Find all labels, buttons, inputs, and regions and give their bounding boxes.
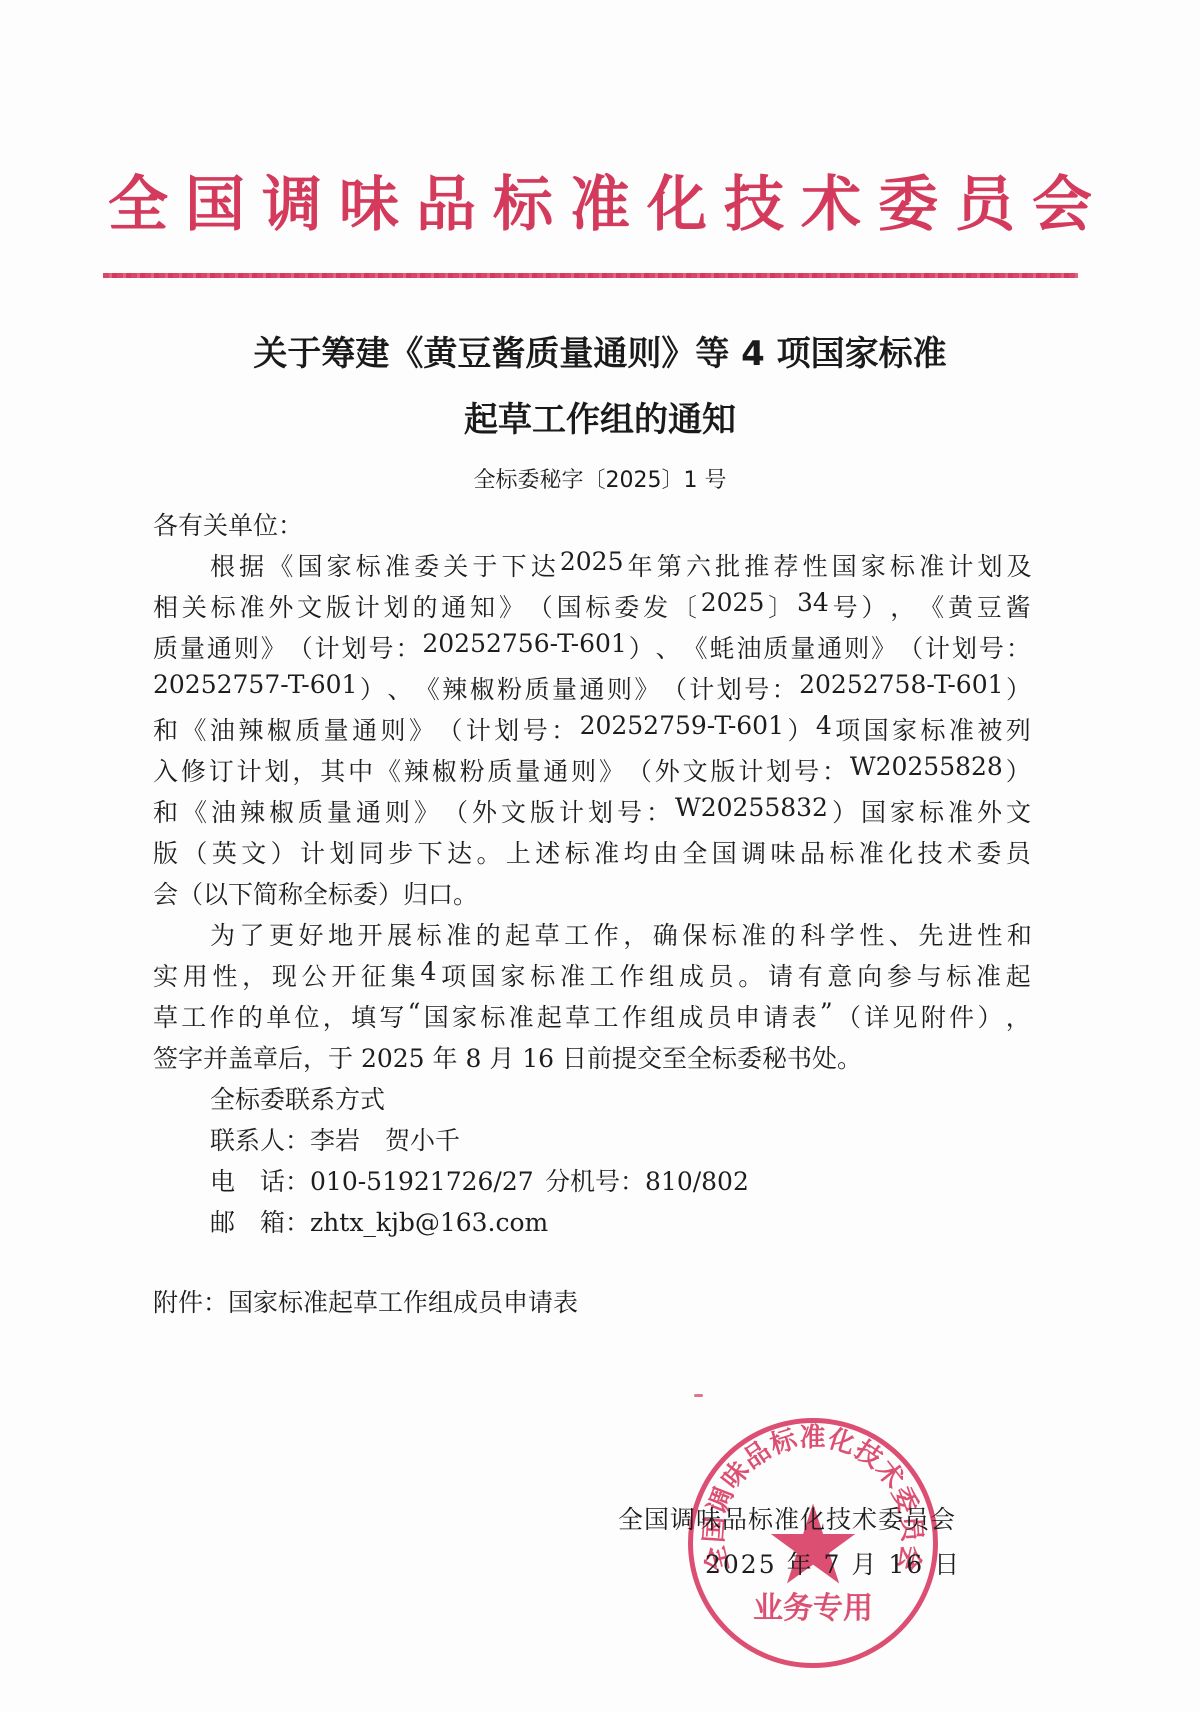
letterhead-char: 品 — [408, 157, 484, 243]
letterhead-char: 员 — [947, 157, 1023, 243]
paragraph-2-line: 为了更好地开展标准的起草工作，确保标准的科学性、先进性和 — [210, 916, 1032, 952]
attachment-note: 附件：国家标准起草工作组成员申请表 — [153, 1283, 578, 1319]
paragraph-1-line: 和《油辣椒质量通则》（计划号：20252759-T-601）4项国家标准被列 — [153, 711, 1031, 747]
letterhead-char: 会 — [1024, 157, 1100, 243]
paragraph-1-line: 和《油辣椒质量通则》（外文版计划号：W20255832）国家标准外文 — [153, 793, 1031, 829]
contact-extension: 分机号：810/802 — [545, 1162, 749, 1198]
contact-ext-value: 810/802 — [645, 1167, 749, 1196]
letterhead-char: 委 — [870, 157, 946, 243]
contact-email-label: 邮 箱： — [210, 1208, 310, 1237]
letterhead-char: 味 — [331, 157, 407, 243]
letterhead-char: 技 — [716, 157, 792, 243]
letterhead-char: 术 — [793, 157, 869, 243]
contact-phone: 电 话：010-51921726/27 — [210, 1162, 534, 1198]
letterhead-char: 化 — [639, 157, 715, 243]
document-number: 全标委秘字〔2025〕1 号 — [0, 463, 1200, 494]
paragraph-1-line: 20252757-T-601）、《辣椒粉质量通则》（计划号：20252758-T… — [153, 670, 1031, 706]
paragraph-1-line: 入修订计划，其中《辣椒粉质量通则》（外文版计划号：W20255828） — [153, 752, 1031, 788]
contact-persons: 联系人：李岩 贺小千 — [210, 1121, 460, 1157]
paragraph-1-line: 根据《国家标准委关于下达2025年第六批推荐性国家标准计划及 — [210, 547, 1032, 583]
seal-bottom-text: 业务专用 — [693, 1583, 933, 1627]
letterhead-divider — [103, 273, 1078, 278]
document-page: 全 国 调 味 品 标 准 化 技 术 委 员 会 关于筹建《黄豆酱质量通则》等… — [0, 0, 1200, 1712]
contact-ext-label: 分机号： — [545, 1167, 645, 1196]
paragraph-1-line: 版（英文）计划同步下达。上述标准均由全国调味品标准化技术委员 — [153, 834, 1031, 870]
paragraph-1-line: 会（以下简称全标委）归口。 — [153, 875, 478, 911]
contact-email-value[interactable]: zhtx_kjb@163.com — [310, 1208, 548, 1237]
document-title-line-2: 起草工作组的通知 — [0, 392, 1200, 441]
letterhead-char: 标 — [485, 157, 561, 243]
letterhead-char: 准 — [562, 157, 638, 243]
paragraph-2-line: 签字并盖章后，于 2025 年 8 月 16 日前提交至全标委秘书处。 — [153, 1039, 862, 1075]
paragraph-2-line: 草工作的单位，填写“国家标准起草工作组成员申请表”（详见附件）， — [153, 998, 1031, 1034]
contact-phone-value: 010-51921726/27 — [310, 1167, 534, 1196]
letterhead-char: 全 — [100, 157, 176, 243]
salutation: 各有关单位： — [153, 506, 303, 542]
paragraph-2-line: 实用性，现公开征集4项国家标准工作组成员。请有意向参与标准起 — [153, 957, 1031, 993]
document-title-line-1: 关于筹建《黄豆酱质量通则》等 4 项国家标准 — [0, 326, 1200, 375]
letterhead-char: 调 — [254, 157, 330, 243]
contact-person-names: 李岩 贺小千 — [310, 1126, 460, 1155]
signature-date: 2025 年 7 月 16 日 — [705, 1545, 961, 1581]
contact-phone-label: 电 话： — [210, 1167, 310, 1196]
letterhead-char: 国 — [177, 157, 253, 243]
contact-heading: 全标委联系方式 — [210, 1080, 385, 1116]
contact-email: 邮 箱：zhtx_kjb@163.com — [210, 1203, 548, 1239]
paragraph-1-line: 质量通则》（计划号：20252756-T-601）、《蚝油质量通则》（计划号： — [153, 629, 1031, 665]
paragraph-1-line: 相关标准外文版计划的通知》（国标委发〔2025〕34号），《黄豆酱 — [153, 588, 1031, 624]
signature-org: 全国调味品标准化技术委员会 — [618, 1500, 956, 1536]
official-seal: 全国调味品标准化技术委员会 ★ 业务专用 — [688, 1418, 938, 1668]
letterhead-org-name: 全 国 调 味 品 标 准 化 技 术 委 员 会 — [100, 160, 1100, 240]
contact-person-label: 联系人： — [210, 1126, 310, 1155]
ink-speck — [694, 1394, 703, 1397]
